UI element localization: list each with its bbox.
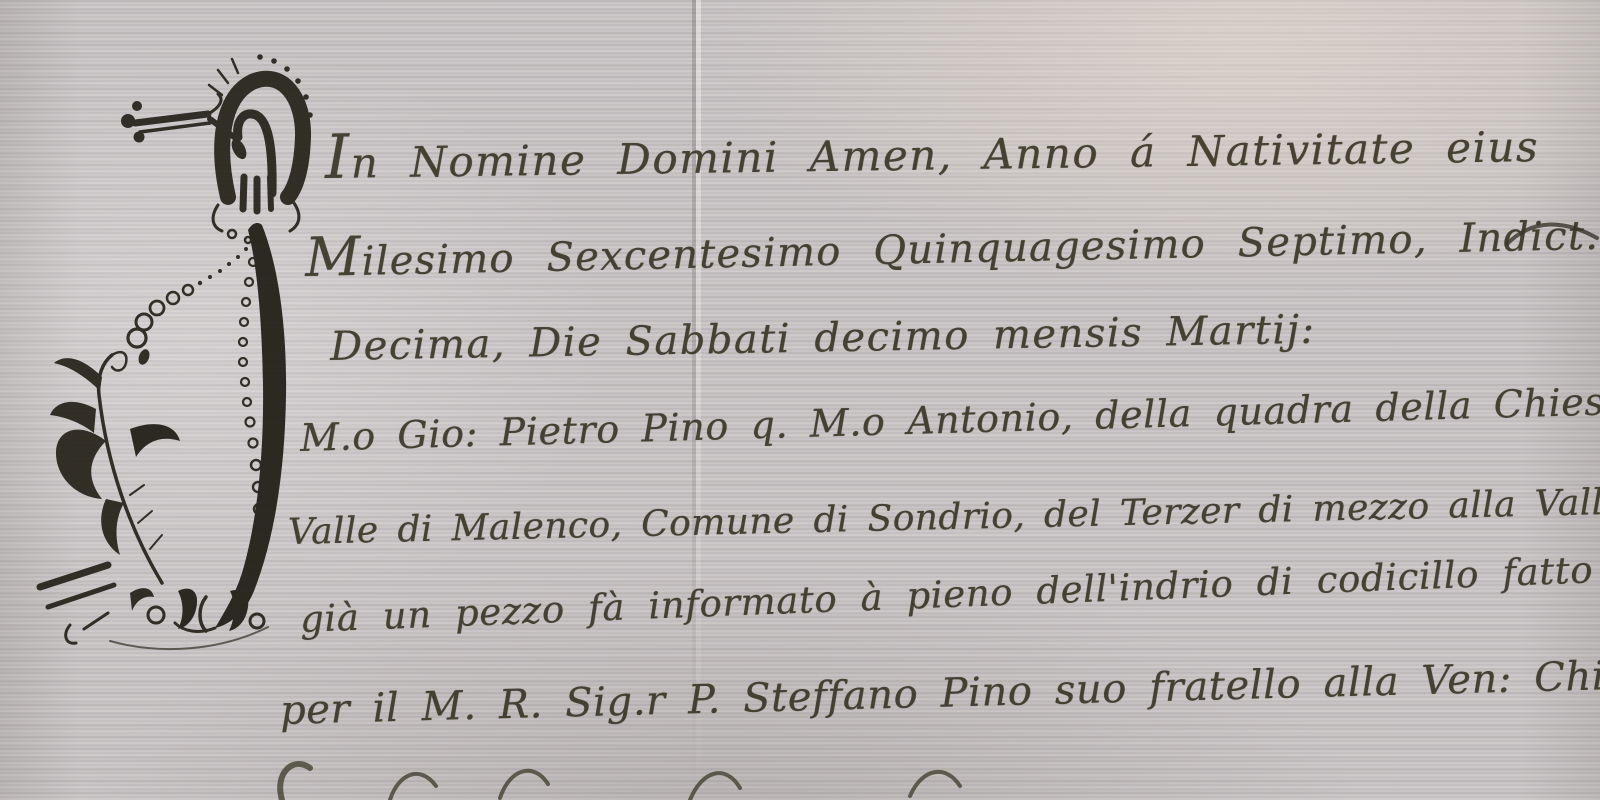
partial-next-line-strokes [270, 752, 1370, 800]
manuscript-line-4: M.o Gio: Pietro Pino q. M.o Antonio, del… [299, 379, 1600, 460]
manuscript-line-6: già un pezzo fà informato à pieno dell'i… [299, 548, 1594, 641]
manuscript-line-7: per il M. R. Sig.r P. Steffano Pino suo … [279, 651, 1600, 734]
notary-sign-flourish-icon [10, 25, 330, 665]
manuscript-line-5: Valle di Malenco, Comune di Sondrio, del… [288, 481, 1600, 553]
pen-swash-icon [1505, 212, 1600, 257]
manuscript-line-1: In Nomine Domini Amen, Anno á Nativitate… [325, 105, 1540, 193]
manuscript-line-3: Decima, Die Sabbati decimo mensis Martij… [330, 307, 1316, 370]
manuscript-photo: In Nomine Domini Amen, Anno á Nativitate… [0, 0, 1600, 800]
manuscript-line-2: Milesimo Sexcentesimo Quinquagesimo Sept… [304, 198, 1600, 289]
